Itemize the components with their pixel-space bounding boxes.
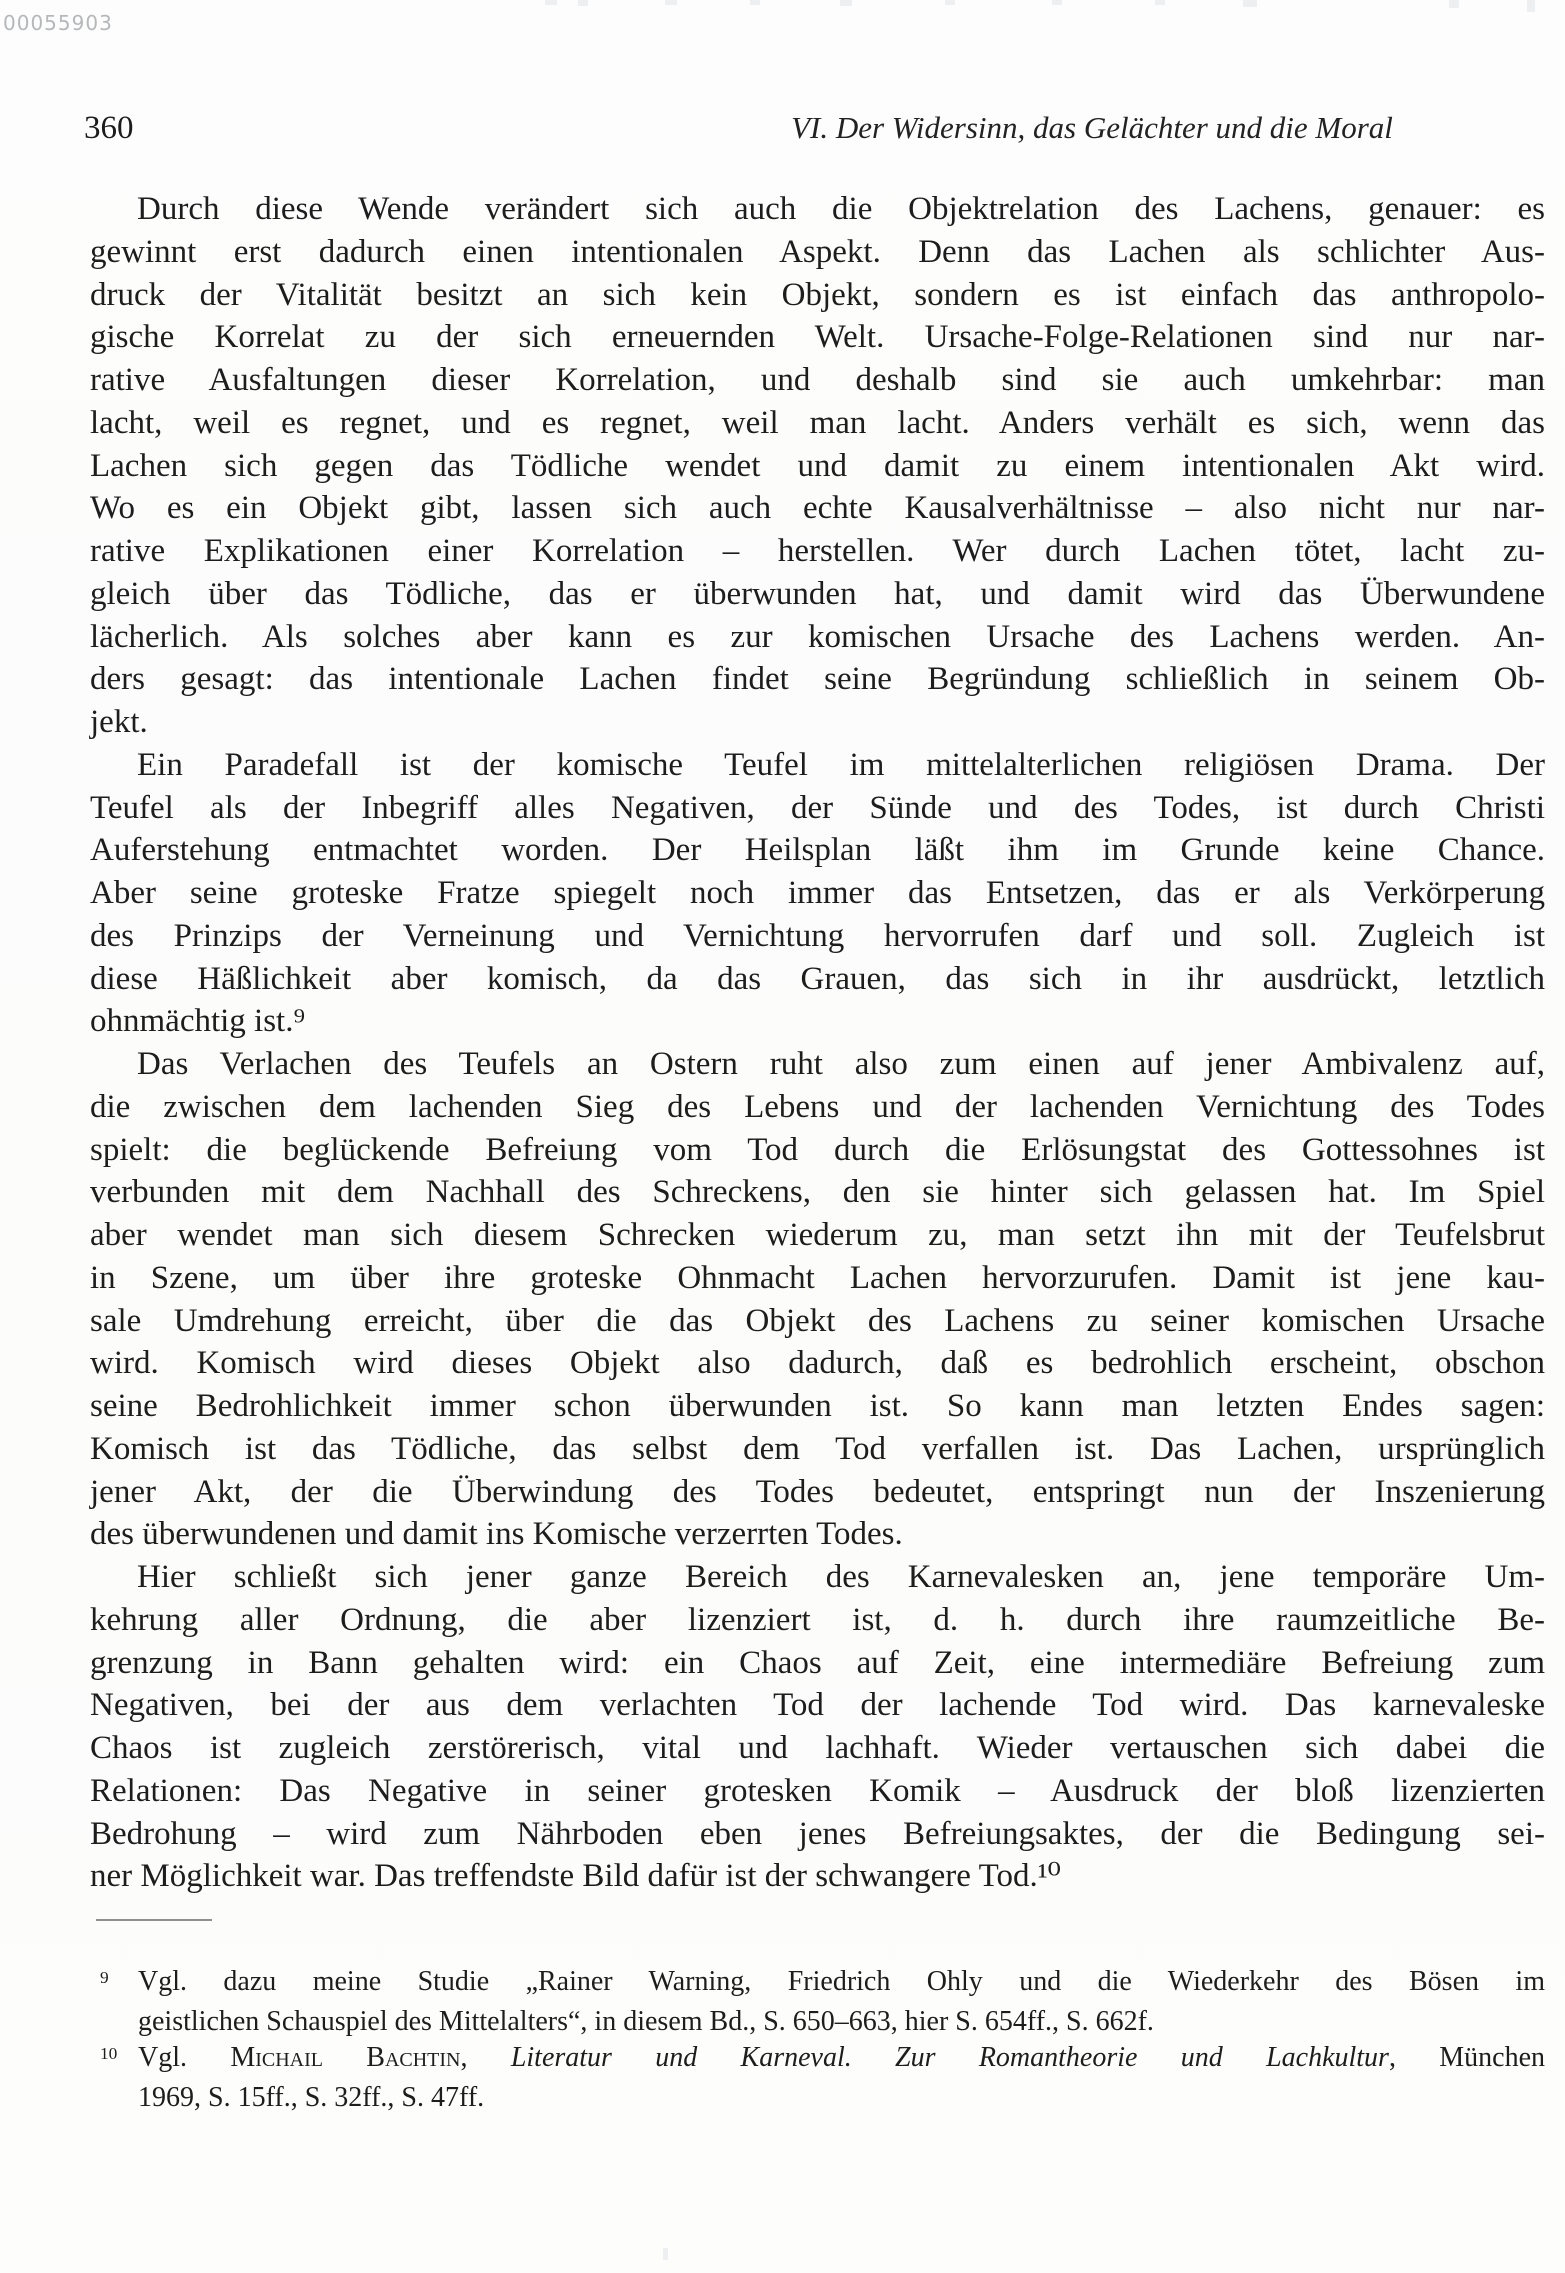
text-line: des überwundenen und damit ins Komische … [90, 1513, 1545, 1556]
text-line: seine Bedrohlichkeit immer schon überwun… [90, 1385, 1545, 1428]
text-line: lächerlich. Als solches aber kann es zur… [90, 616, 1545, 659]
text-line: rative Ausfaltungen dieser Korrelation, … [90, 359, 1545, 402]
text-line: in Szene, um über ihre groteske Ohnmacht… [90, 1257, 1545, 1300]
text-line: Ein Paradefall ist der komische Teufel i… [90, 744, 1545, 787]
footnote-line: geistlichen Schauspiel des Mittelalters“… [138, 2004, 1545, 2041]
text-line: jener Akt, der die Überwindung des Todes… [90, 1471, 1545, 1514]
footnote-line: 1969, S. 15ff., S. 32ff., S. 47ff. [138, 2080, 1545, 2117]
text-line: diese Häßlichkeit aber komisch, da das G… [90, 958, 1545, 1001]
scan-watermark-number: 00055903 [3, 11, 113, 35]
footnote-author-smallcaps: Michail Bachtin [230, 2042, 460, 2073]
text-line: wird. Komisch wird dieses Objekt also da… [90, 1342, 1545, 1385]
scan-artifact [840, 0, 852, 6]
text-line: ders gesagt: das intentionale Lachen fin… [90, 658, 1545, 701]
scan-artifact [1052, 0, 1062, 5]
footnote-marker: 10 [100, 2036, 130, 2073]
scan-artifact [1155, 0, 1165, 5]
text-line: Relationen: Das Negative in seiner grote… [90, 1770, 1545, 1813]
text-line: sale Umdrehung erreicht, über die das Ob… [90, 1300, 1545, 1343]
page-number: 360 [84, 110, 134, 147]
text-line: Hier schließt sich jener ganze Bereich d… [90, 1556, 1545, 1599]
text-line: Chaos ist zugleich zerstörerisch, vital … [90, 1727, 1545, 1770]
footnote-10: 10Vgl. Michail Bachtin, Literatur und Ka… [90, 2040, 1545, 2116]
text-line: lacht, weil es regnet, und es regnet, we… [90, 402, 1545, 445]
text-line: rative Explikationen einer Korrelation –… [90, 530, 1545, 573]
footnote-text: , München [1389, 2042, 1545, 2073]
scan-artifact [1527, 0, 1535, 12]
text-line: Durch diese Wende verändert sich auch di… [90, 188, 1545, 231]
text-line: spielt: die beglückende Befreiung vom To… [90, 1129, 1545, 1172]
scan-artifact [1243, 0, 1257, 7]
footnote-line: 9Vgl. dazu meine Studie „Rainer Warning,… [138, 1964, 1545, 2004]
footnote-book-title: Literatur und Karneval. Zur Romantheorie… [511, 2042, 1389, 2073]
text-line: aber wendet man sich diesem Schrecken wi… [90, 1214, 1545, 1257]
text-line: jekt. [90, 701, 1545, 744]
text-line: Teufel als der Inbegriff alles Negativen… [90, 787, 1545, 830]
text-line: die zwischen dem lachenden Sieg des Lebe… [90, 1086, 1545, 1129]
text-line: gewinnt erst dadurch einen intentionalen… [90, 231, 1545, 274]
scan-artifact [663, 2248, 668, 2260]
scan-artifact [545, 0, 557, 5]
paragraph-1: Durch diese Wende verändert sich auch di… [90, 188, 1545, 744]
footnote-separator-rule [96, 1919, 212, 1921]
footnote-text: , [461, 2042, 511, 2073]
footnote-text: Vgl. dazu meine Studie „Rainer Warning, … [138, 1966, 1545, 1997]
text-line: Auferstehung entmachtet worden. Der Heil… [90, 829, 1545, 872]
text-line: Wo es ein Objekt gibt, lassen sich auch … [90, 487, 1545, 530]
text-line: Lachen sich gegen das Tödliche wendet un… [90, 445, 1545, 488]
footnotes: 9Vgl. dazu meine Studie „Rainer Warning,… [90, 1964, 1545, 2116]
paragraph-2: Ein Paradefall ist der komische Teufel i… [90, 744, 1545, 1043]
footnote-text: geistlichen Schauspiel des Mittelalters“… [138, 2006, 1154, 2037]
text-line: Aber seine groteske Fratze spiegelt noch… [90, 872, 1545, 915]
scan-artifact [945, 0, 955, 5]
running-header: VI. Der Widersinn, das Gelächter und die… [748, 110, 1436, 146]
footnote-text: 1969, S. 15ff., S. 32ff., S. 47ff. [138, 2082, 484, 2113]
scan-artifact [1449, 0, 1459, 8]
text-line: ohnmächtig ist.⁹ [90, 1000, 1545, 1043]
paragraph-3: Das Verlachen des Teufels an Ostern ruht… [90, 1043, 1545, 1556]
text-line: Bedrohung – wird zum Nährboden eben jene… [90, 1813, 1545, 1856]
text-line: Negativen, bei der aus dem verlachten To… [90, 1684, 1545, 1727]
scanned-book-page: 00055903 360 VI. Der Widersinn, das Gelä… [0, 0, 1565, 2273]
footnote-marker: 9 [100, 1960, 130, 1997]
text-line: grenzung in Bann gehalten wird: ein Chao… [90, 1642, 1545, 1685]
scan-artifact [578, 0, 588, 6]
scan-artifact [665, 0, 677, 5]
text-line: Komisch ist das Tödliche, das selbst dem… [90, 1428, 1545, 1471]
footnote-9: 9Vgl. dazu meine Studie „Rainer Warning,… [90, 1964, 1545, 2040]
text-line: kehrung aller Ordnung, die aber lizenzie… [90, 1599, 1545, 1642]
text-line: des Prinzips der Verneinung und Vernicht… [90, 915, 1545, 958]
text-line: verbunden mit dem Nachhall des Schrecken… [90, 1171, 1545, 1214]
text-line: gleich über das Tödliche, das er überwun… [90, 573, 1545, 616]
text-line: ner Möglichkeit war. Das treffendste Bil… [90, 1855, 1545, 1898]
paragraph-4: Hier schließt sich jener ganze Bereich d… [90, 1556, 1545, 1898]
text-line: gische Korrelat zu der sich erneuernden … [90, 316, 1545, 359]
body-text: Durch diese Wende verändert sich auch di… [90, 188, 1545, 1898]
footnote-text: Vgl. [138, 2042, 230, 2073]
text-line: druck der Vitalität besitzt an sich kein… [90, 274, 1545, 317]
text-line: Das Verlachen des Teufels an Ostern ruht… [90, 1043, 1545, 1086]
scan-artifact [750, 0, 760, 5]
footnote-line: 10Vgl. Michail Bachtin, Literatur und Ka… [138, 2040, 1545, 2080]
